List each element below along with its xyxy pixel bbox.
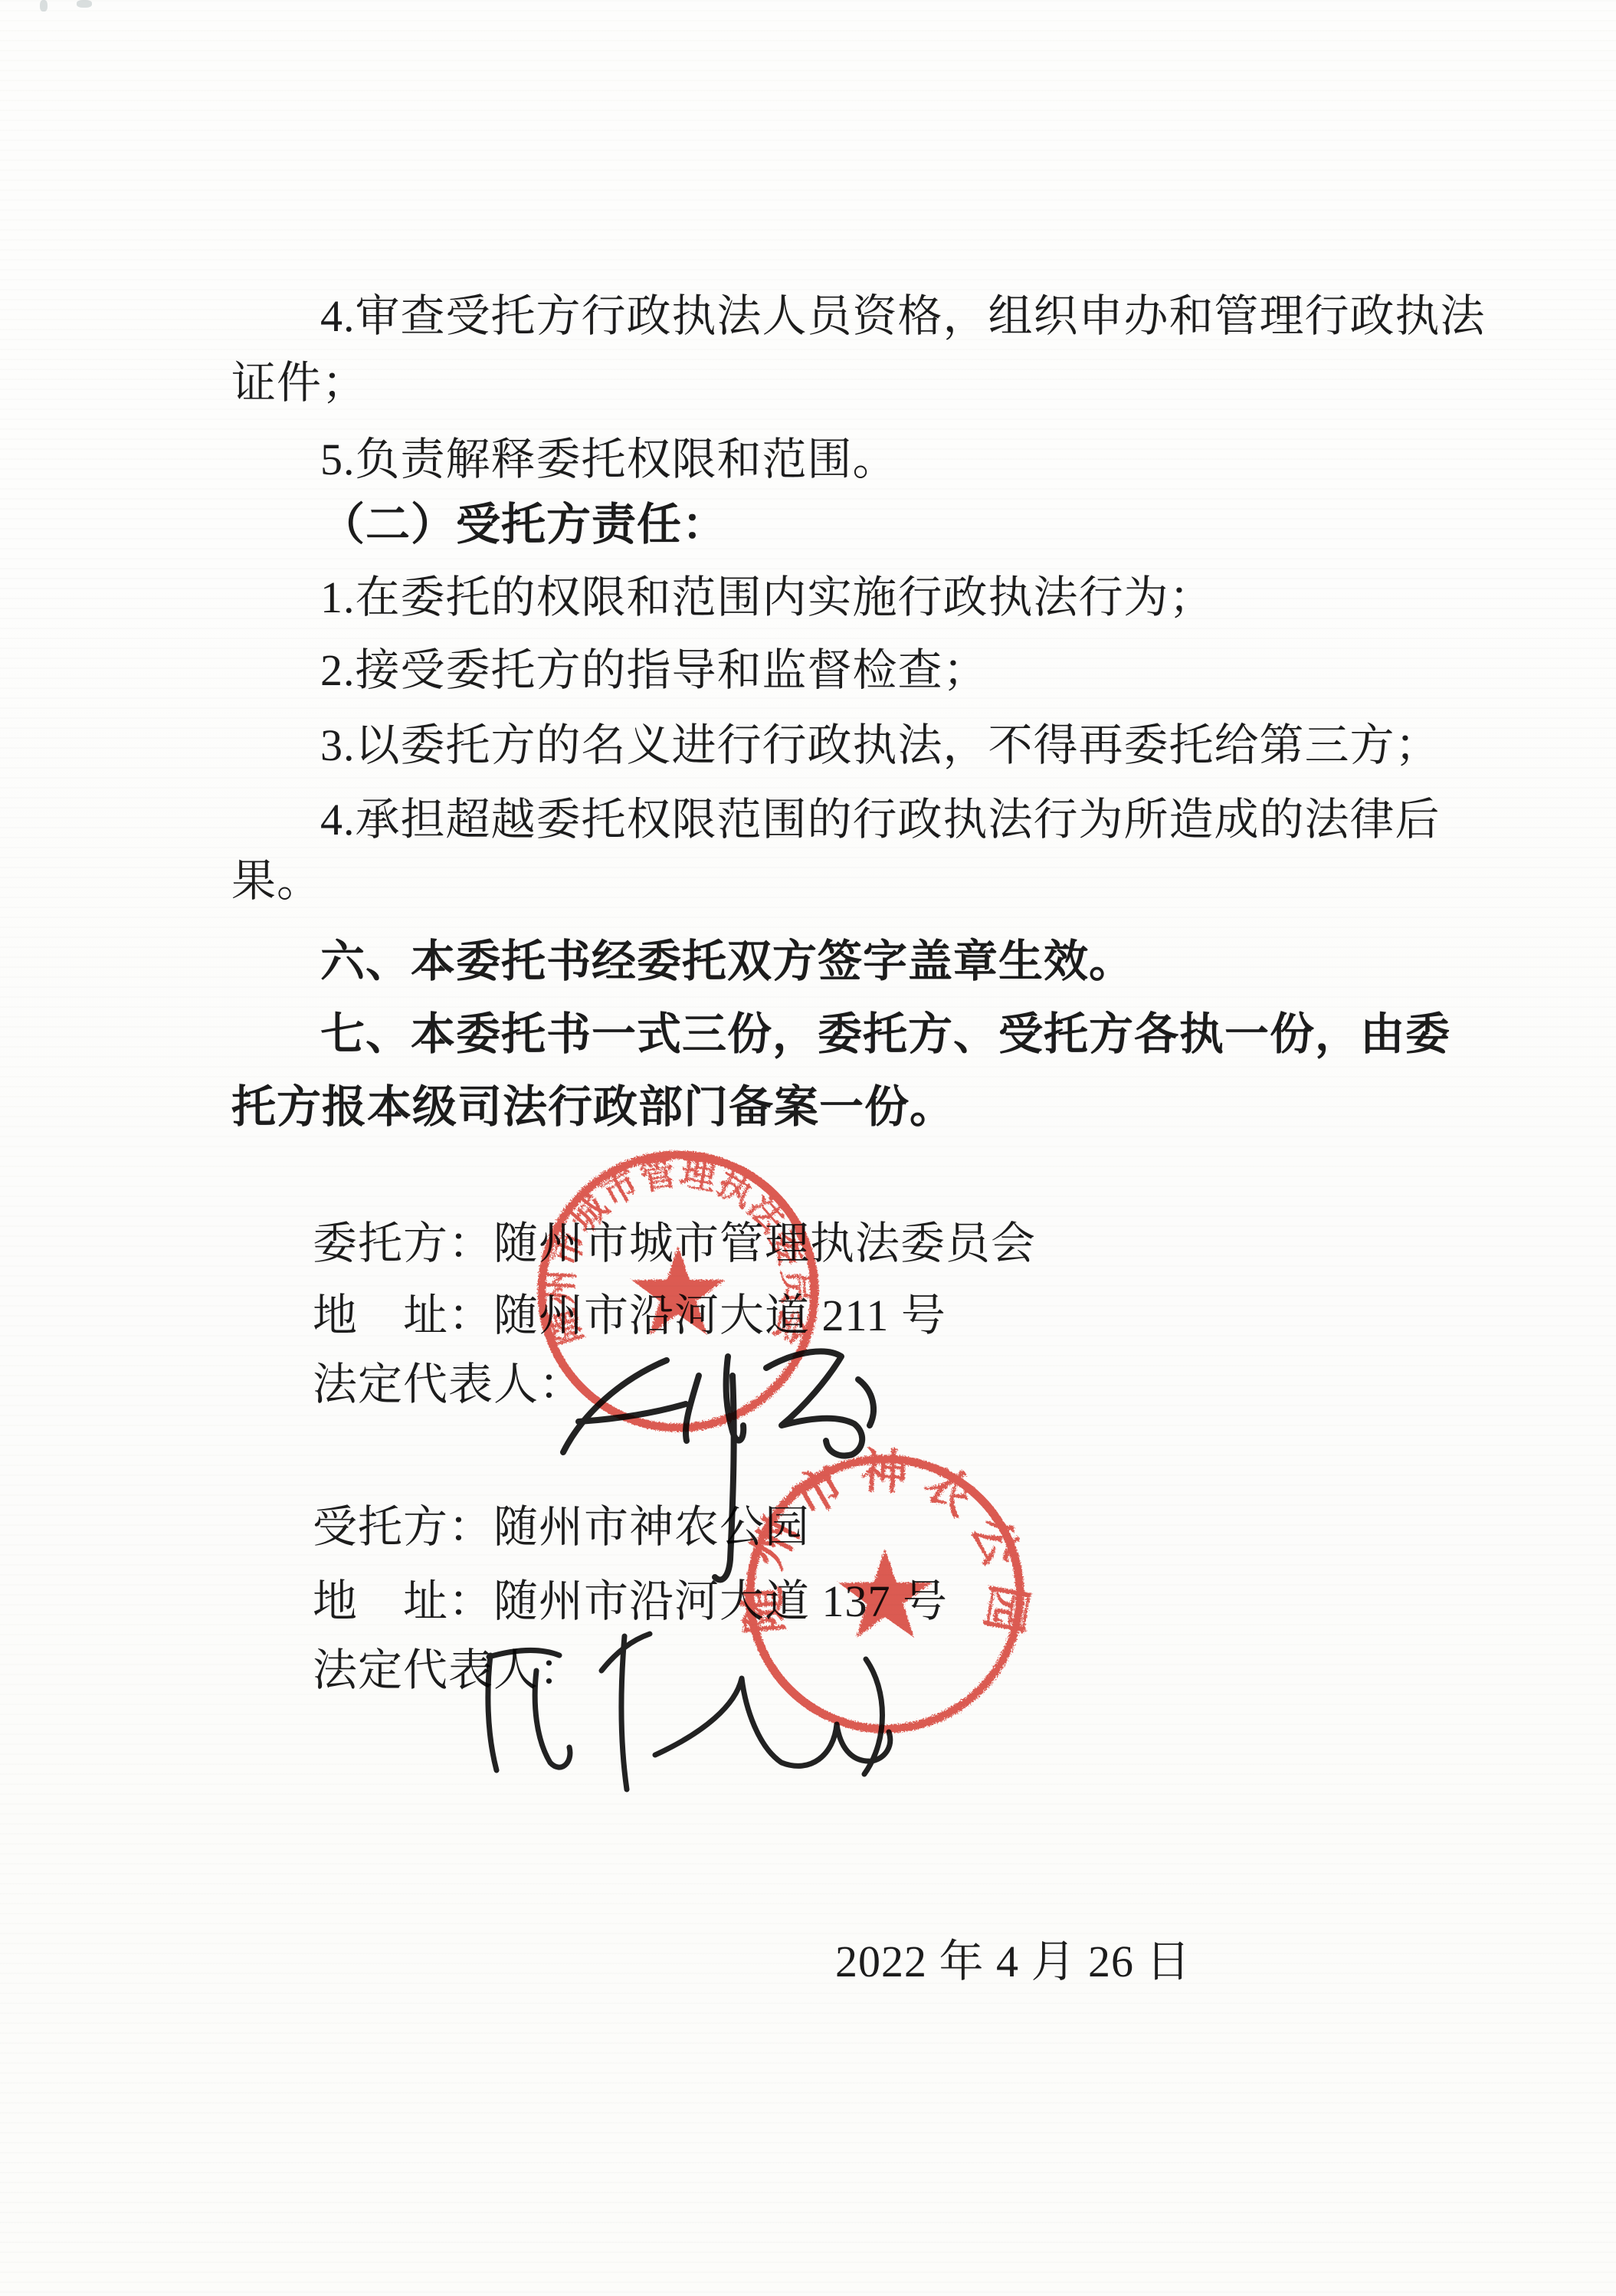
clause-line: 4.审查受托方行政执法人员资格，组织申办和管理行政执法 <box>320 294 1486 339</box>
clause-line: 证件； <box>231 361 367 405</box>
signature-strokes <box>563 1351 874 1579</box>
entrustor-signature <box>498 1333 897 1594</box>
clause-line: 2.接受委托方的指导和监督检查； <box>320 648 988 693</box>
clause-line: 4.承担超越委托权限范围的行政执法行为所造成的法律后 <box>320 798 1441 842</box>
scanned-document-page: 4.审查受托方行政执法人员资格，组织申办和管理行政执法 证件； 5.负责解释委托… <box>0 0 1616 2296</box>
clause-line: 七、本委托书一式三份，委托方、受托方各执一份，由委 <box>320 1012 1450 1057</box>
signature-strokes <box>488 1634 890 1789</box>
clause-line: 六、本委托书经委托双方签字盖章生效。 <box>320 940 1134 984</box>
clause-line: 1.在委托的权限和范围内实施行政执法行为； <box>320 576 1214 620</box>
address-label: 地 址： <box>313 1294 493 1338</box>
section-heading: （二）受托方责任： <box>320 503 727 547</box>
entrustee-label: 受托方： <box>313 1505 493 1550</box>
clause-line: 3.以委托方的名义进行行政执法，不得再委托给第三方； <box>320 723 1441 768</box>
entrustor-label: 委托方： <box>313 1222 493 1266</box>
clause-line: 5.负责解释委托权限和范围。 <box>320 438 898 482</box>
entrustee-signature <box>460 1617 919 1801</box>
date-line: 2022 年 4 月 26 日 <box>835 1940 1192 1984</box>
scan-speck <box>40 0 48 11</box>
clause-line: 托方报本级司法行政部门备案一份。 <box>231 1085 955 1130</box>
scan-speck <box>77 0 92 8</box>
star-icon <box>631 1246 725 1335</box>
clause-line: 果。 <box>231 859 322 904</box>
